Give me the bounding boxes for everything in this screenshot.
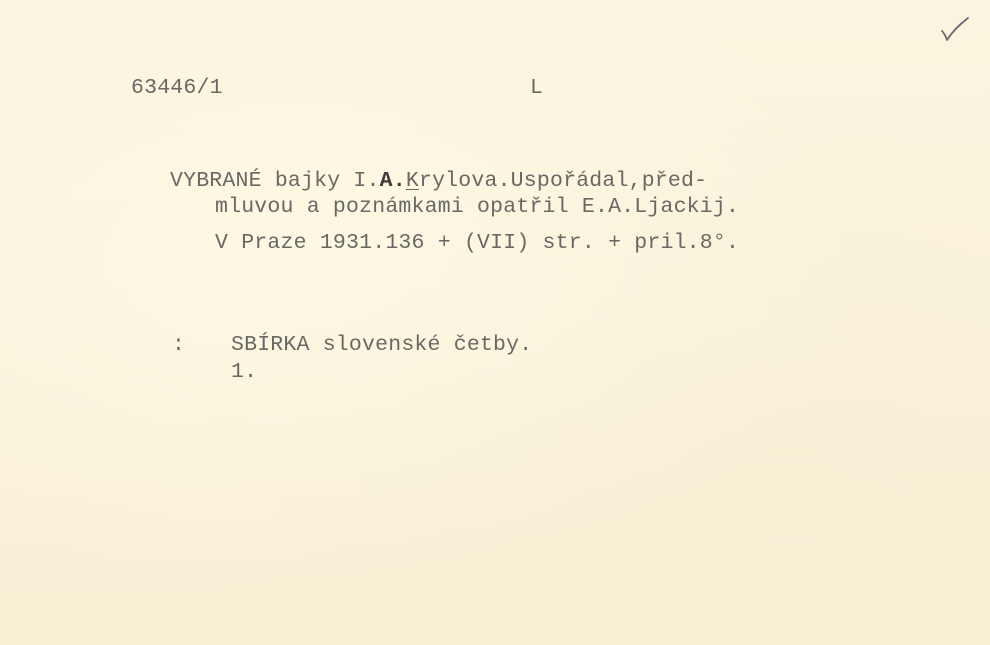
entry-title-rest: rylova.Uspořádal,před- [419, 169, 707, 193]
entry-editor-line: mluvou a poznámkami opatřil E.A.Ljackij. [215, 197, 739, 219]
overstruck-initial: A [380, 169, 393, 193]
checkmark-icon [940, 16, 970, 42]
entry-title-line: VYBRANÉ bajky I.A.Krylova.Uspořádal,před… [170, 171, 707, 193]
location-mark: L [530, 78, 543, 100]
overstruck-period: . [393, 169, 406, 193]
call-number: 63446/1 [131, 78, 223, 100]
underlined-letter: K [406, 169, 419, 193]
series-marker: : [172, 335, 185, 357]
series-number: 1. [231, 362, 257, 384]
series-title: SBÍRKA slovenské četby. [231, 335, 532, 357]
entry-imprint-line: V Praze 1931.136 + (VII) str. + pril.8°. [215, 233, 739, 255]
catalog-card: 63446/1 L VYBRANÉ bajky I.A.Krylova.Uspo… [0, 0, 990, 645]
entry-title-part: VYBRANÉ bajky I. [170, 169, 380, 193]
